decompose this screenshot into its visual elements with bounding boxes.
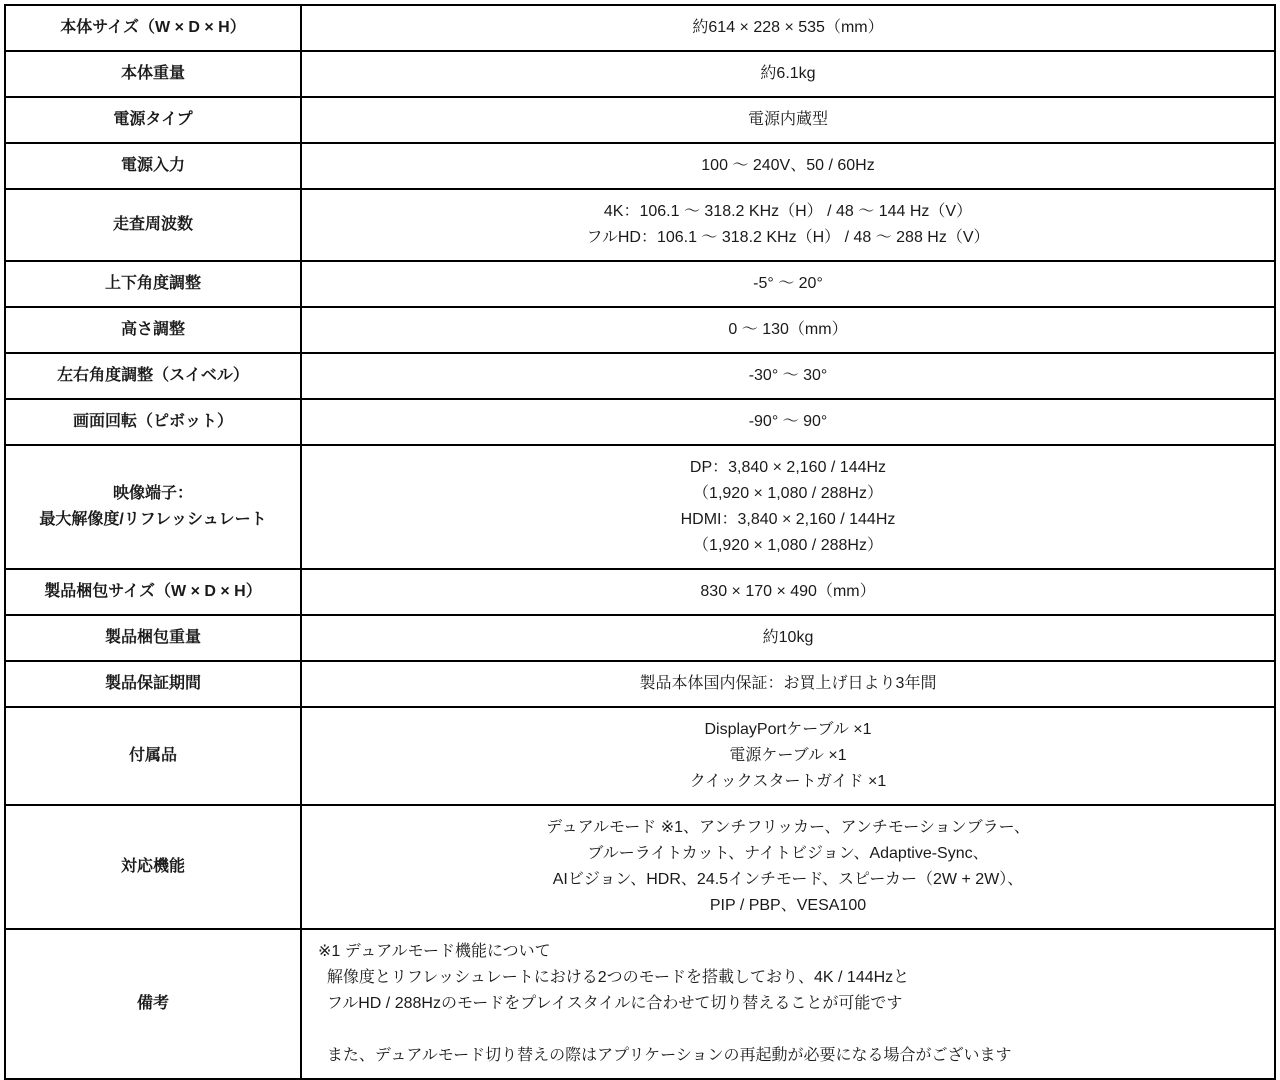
spec-value-cell: 4K：106.1 ～ 318.2 KHz（H） / 48 ～ 144 Hz（V）… <box>302 190 1274 260</box>
spec-value-text: （1,920 × 1,080 / 288Hz） <box>314 481 1262 507</box>
spec-value-text: HDMI：3,840 × 2,160 / 144Hz <box>314 507 1262 533</box>
spec-value-cell: 約614 × 228 × 535（mm） <box>302 6 1274 50</box>
spec-label-cell: 製品梱包重量 <box>6 616 302 660</box>
spec-label-cell: 付属品 <box>6 708 302 804</box>
page: 本体サイズ（W × D × H）約614 × 228 × 535（mm）本体重量… <box>0 0 1280 1024</box>
spec-value-cell: DP：3,840 × 2,160 / 144Hz（1,920 × 1,080 /… <box>302 446 1274 568</box>
spec-label-text: 左右角度調整（スイベル） <box>57 363 249 389</box>
spec-value-text: 0 ～ 130（mm） <box>314 317 1262 343</box>
spec-label-text: 製品梱包重量 <box>105 625 201 651</box>
table-row: 本体サイズ（W × D × H）約614 × 228 × 535（mm） <box>6 6 1274 50</box>
spec-value-text: DisplayPortケーブル ×1 <box>314 717 1262 743</box>
table-row: 走査周波数4K：106.1 ～ 318.2 KHz（H） / 48 ～ 144 … <box>6 188 1274 260</box>
spec-label-text: 本体サイズ（W × D × H） <box>60 15 245 41</box>
spec-label-text: 走査周波数 <box>113 212 193 238</box>
spec-label-cell: 画面回転（ピボット） <box>6 400 302 444</box>
spec-value-cell: 製品本体国内保証：お買上げ日より3年間 <box>302 662 1274 706</box>
spec-label-cell: 映像端子：最大解像度/リフレッシュレート <box>6 446 302 568</box>
spec-label-cell: 上下角度調整 <box>6 262 302 306</box>
spec-value-cell: 約10kg <box>302 616 1274 660</box>
table-row: 本体重量約6.1kg <box>6 50 1274 96</box>
spec-label-text: 本体重量 <box>121 61 185 87</box>
spec-value-cell: -90° ～ 90° <box>302 400 1274 444</box>
spec-value-text: 解像度とリフレッシュレートにおける2つのモードを搭載しており、4K / 144H… <box>318 965 1262 991</box>
spec-label-text: 電源タイプ <box>113 107 192 133</box>
table-row: 付属品DisplayPortケーブル ×1電源ケーブル ×1クイックスタートガイ… <box>6 706 1274 804</box>
spec-value-text: 4K：106.1 ～ 318.2 KHz（H） / 48 ～ 144 Hz（V） <box>314 199 1262 225</box>
spec-value-text: DP：3,840 × 2,160 / 144Hz <box>314 455 1262 481</box>
spec-label-cell: 左右角度調整（スイベル） <box>6 354 302 398</box>
spec-value-text: 約614 × 228 × 535（mm） <box>314 15 1262 41</box>
spec-value-cell: デュアルモード ※1、アンチフリッカー、アンチモーションブラー、ブルーライトカッ… <box>302 806 1274 928</box>
spec-value-text: 電源ケーブル ×1 <box>314 743 1262 769</box>
spec-value-cell: ※1 デュアルモード機能について 解像度とリフレッシュレートにおける2つのモード… <box>302 930 1274 1078</box>
table-row: 左右角度調整（スイベル）-30° ～ 30° <box>6 352 1274 398</box>
spec-value-cell: 830 × 170 × 490（mm） <box>302 570 1274 614</box>
spec-label-text: 映像端子： <box>113 481 193 507</box>
spec-value-text: また、デュアルモード切り替えの際はアプリケーションの再起動が必要になる場合がござ… <box>318 1043 1262 1069</box>
spec-label-text: 備考 <box>137 991 169 1017</box>
spec-label-cell: 製品梱包サイズ（W × D × H） <box>6 570 302 614</box>
spec-label-cell: 高さ調整 <box>6 308 302 352</box>
table-row: 製品梱包サイズ（W × D × H）830 × 170 × 490（mm） <box>6 568 1274 614</box>
spec-label-text: 高さ調整 <box>121 317 185 343</box>
table-row: 高さ調整0 ～ 130（mm） <box>6 306 1274 352</box>
spec-label-text: 付属品 <box>129 743 177 769</box>
table-row: 製品梱包重量約10kg <box>6 614 1274 660</box>
spec-label-text: 対応機能 <box>121 854 185 880</box>
spec-value-cell: DisplayPortケーブル ×1電源ケーブル ×1クイックスタートガイド ×… <box>302 708 1274 804</box>
spec-value-text: 830 × 170 × 490（mm） <box>314 579 1262 605</box>
spec-value-text: クイックスタートガイド ×1 <box>314 769 1262 795</box>
spec-value-text: -30° ～ 30° <box>314 363 1262 389</box>
spec-label-text: 電源入力 <box>121 153 185 179</box>
spec-label-cell: 備考 <box>6 930 302 1078</box>
spec-value-cell: 約6.1kg <box>302 52 1274 96</box>
spec-value-text: ブルーライトカット、ナイトビジョン、Adaptive-Sync、 <box>314 841 1262 867</box>
spec-label-cell: 電源入力 <box>6 144 302 188</box>
table-row: 製品保証期間製品本体国内保証：お買上げ日より3年間 <box>6 660 1274 706</box>
spec-value-text: 100 ～ 240V、50 / 60Hz <box>314 153 1262 179</box>
table-row: 上下角度調整-5° ～ 20° <box>6 260 1274 306</box>
spec-label-cell: 製品保証期間 <box>6 662 302 706</box>
spec-label-text: 上下角度調整 <box>105 271 201 297</box>
table-row: 映像端子：最大解像度/リフレッシュレートDP：3,840 × 2,160 / 1… <box>6 444 1274 568</box>
spec-value-text: 電源内蔵型 <box>314 107 1262 133</box>
spec-value-text: デュアルモード ※1、アンチフリッカー、アンチモーションブラー、 <box>314 815 1262 841</box>
spec-value-text: -90° ～ 90° <box>314 409 1262 435</box>
spec-value-cell: 電源内蔵型 <box>302 98 1274 142</box>
spec-label-text: 製品保証期間 <box>105 671 201 697</box>
spec-label-cell: 走査周波数 <box>6 190 302 260</box>
spec-table: 本体サイズ（W × D × H）約614 × 228 × 535（mm）本体重量… <box>4 4 1276 1080</box>
spec-value-text: 製品本体国内保証：お買上げ日より3年間 <box>314 671 1262 697</box>
spec-label-text: 製品梱包サイズ（W × D × H） <box>44 579 261 605</box>
spec-value-text: 約10kg <box>314 625 1262 651</box>
table-row: 画面回転（ピボット）-90° ～ 90° <box>6 398 1274 444</box>
spec-label-text: 最大解像度/リフレッシュレート <box>39 507 266 533</box>
spec-value-text <box>318 1017 1262 1043</box>
spec-value-cell: 0 ～ 130（mm） <box>302 308 1274 352</box>
spec-value-cell: 100 ～ 240V、50 / 60Hz <box>302 144 1274 188</box>
table-row: 対応機能デュアルモード ※1、アンチフリッカー、アンチモーションブラー、ブルーラ… <box>6 804 1274 928</box>
spec-value-text: PIP / PBP、VESA100 <box>314 893 1262 919</box>
spec-label-cell: 本体サイズ（W × D × H） <box>6 6 302 50</box>
table-row: 電源入力100 ～ 240V、50 / 60Hz <box>6 142 1274 188</box>
spec-value-text: 約6.1kg <box>314 61 1262 87</box>
table-row: 備考※1 デュアルモード機能について 解像度とリフレッシュレートにおける2つのモ… <box>6 928 1274 1078</box>
spec-value-text: （1,920 × 1,080 / 288Hz） <box>314 533 1262 559</box>
spec-value-text: -5° ～ 20° <box>314 271 1262 297</box>
spec-label-cell: 本体重量 <box>6 52 302 96</box>
table-row: 電源タイプ電源内蔵型 <box>6 96 1274 142</box>
spec-label-text: 画面回転（ピボット） <box>73 409 233 435</box>
spec-label-cell: 対応機能 <box>6 806 302 928</box>
spec-value-text: AIビジョン、HDR、24.5インチモード、スピーカー（2W + 2W）、 <box>314 867 1262 893</box>
spec-label-cell: 電源タイプ <box>6 98 302 142</box>
spec-value-text: フルHD：106.1 ～ 318.2 KHz（H） / 48 ～ 288 Hz（… <box>314 225 1262 251</box>
spec-value-cell: -5° ～ 20° <box>302 262 1274 306</box>
spec-value-text: フルHD / 288Hzのモードをプレイスタイルに合わせて切り替えることが可能で… <box>318 991 1262 1017</box>
spec-value-text: ※1 デュアルモード機能について <box>318 939 1262 965</box>
spec-value-cell: -30° ～ 30° <box>302 354 1274 398</box>
